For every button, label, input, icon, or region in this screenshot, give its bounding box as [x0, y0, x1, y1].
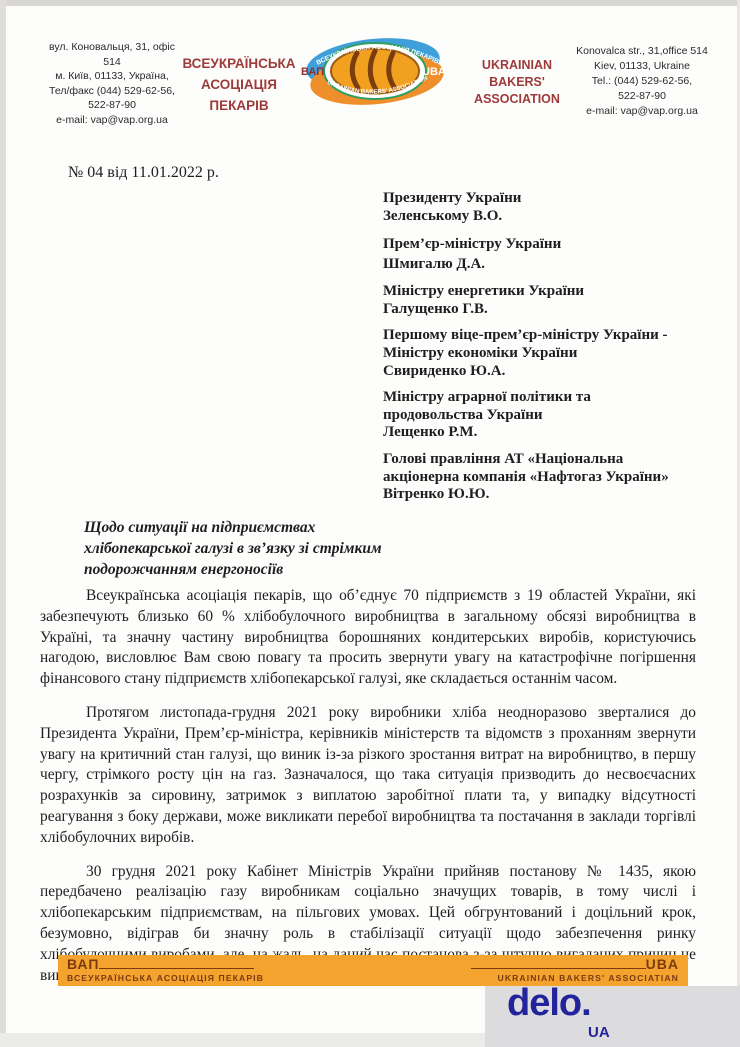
addressee-title: продовольства України [383, 407, 713, 425]
addressee-title: акціонерна компанія «Нафтогаз України» [383, 469, 713, 487]
body-paragraph: Протягом листопада-грудня 2021 року виро… [40, 703, 696, 849]
org-name-line: ВСЕУКРАЇНСЬКА [180, 53, 298, 74]
email-line: e-mail: vap@vap.org.ua [42, 113, 182, 128]
addressee-title: Першому віце-прем’єр-міністру України - [383, 327, 713, 345]
subject-line: Щодо ситуації на підприємствах [84, 517, 484, 538]
contact-block-ukrainian: вул. Коновальця, 31, офіс 514 м. Київ, 0… [42, 40, 182, 127]
org-name-ukrainian: ВСЕУКРАЇНСЬКА АСОЦІАЦІЯ ПЕКАРІВ [180, 53, 298, 116]
letter-body: Всеукраїнська асоціація пекарів, що об’є… [40, 586, 696, 999]
address-line: м. Київ, 01133, Україна, [42, 69, 182, 84]
addressee-title: Прем’єр-міністру України [383, 234, 713, 254]
addressee-agrarian-minister: Міністру аграрної політики та продовольс… [383, 389, 713, 442]
addressee-prime-minister: Прем’єр-міністру України Шмигалю Д.А. [383, 234, 713, 274]
addressee-title: Міністру енергетики України [383, 283, 713, 301]
org-name-line: ASSOCIATION [464, 91, 570, 108]
subject-line: подорожчанням енергоносіїв [84, 559, 484, 580]
addressee-block: Президенту України Зеленському В.О. Прем… [383, 190, 713, 513]
footer-rule-right [471, 968, 646, 969]
subject-line: хлібопекарської галузі в зв’язку зі стрі… [84, 538, 484, 559]
org-name-line: ПЕКАРІВ [180, 95, 298, 116]
phone-line: Tel.: (044) 529-62-56, [574, 74, 710, 89]
addressee-name: Галущенко Г.В. [383, 301, 713, 319]
addressee-name: Лещенко Р.М. [383, 424, 713, 442]
addressee-title: Міністру економіки України [383, 345, 713, 363]
delo-region-text: UA [588, 1024, 610, 1041]
body-paragraph: Всеукраїнська асоціація пекарів, що об’є… [40, 586, 696, 690]
logo-uba-abbr: UBA [422, 66, 446, 78]
logo-vap-abbr: ВАП [301, 66, 324, 78]
letter-ref-number: № 04 від 11.01.2022 р. [68, 164, 219, 182]
org-name-english: UKRAINIAN BAKERS' ASSOCIATION [464, 57, 570, 108]
bakers-association-logo-icon: ВСЕУКРАЇНСЬКА АСОЦІАЦІЯ ПЕКАРІВ UKRAINIA… [300, 32, 450, 110]
addressee-title: Міністру аграрної політики та [383, 389, 713, 407]
addressee-title: Голові правління АТ «Національна [383, 451, 713, 469]
scanned-letter-page: вул. Коновальця, 31, офіс 514 м. Київ, 0… [0, 0, 740, 1047]
address-line: Kiev, 01133, Ukraine [574, 59, 710, 74]
addressee-name: Свириденко Ю.А. [383, 363, 713, 381]
footer-uba-block: UBA UKRAINIAN BAKERS' ASSOCIATIAN [471, 958, 679, 983]
phone-line: Тел/факс (044) 529-62-56, [42, 84, 182, 99]
letter-subject: Щодо ситуації на підприємствах хлібопека… [84, 517, 484, 580]
footer-brand-bar: ВАП ВСЕУКРАЇНСЬКА АСОЦІАЦІЯ ПЕКАРІВ UBA … [58, 955, 688, 986]
footer-vap-abbr: ВАП [67, 958, 99, 971]
address-line: вул. Коновальця, 31, офіс 514 [42, 40, 182, 69]
addressee-name: Зеленському В.О. [383, 208, 713, 226]
addressee-naftogaz-chairman: Голові правління АТ «Національна акціоне… [383, 451, 713, 504]
addressee-title: Президенту України [383, 190, 713, 208]
addressee-president: Президенту України Зеленському В.О. [383, 190, 713, 225]
addressee-name: Вітренко Ю.Ю. [383, 486, 713, 504]
footer-vap-subtitle: ВСЕУКРАЇНСЬКА АСОЦІАЦІЯ ПЕКАРІВ [67, 973, 264, 983]
delo-brand-text: delo. [507, 982, 591, 1025]
addressee-name: Шмигалю Д.А. [383, 254, 713, 274]
address-line: Konovalca str., 31,office 514 [574, 44, 710, 59]
email-line: e-mail: vap@vap.org.ua [574, 104, 710, 119]
phone-line: 522-87-90 [42, 98, 182, 113]
footer-vap-block: ВАП ВСЕУКРАЇНСЬКА АСОЦІАЦІЯ ПЕКАРІВ [67, 958, 264, 983]
org-name-line: BAKERS' [464, 74, 570, 91]
org-name-line: АСОЦІАЦІЯ [180, 74, 298, 95]
addressee-energy-minister: Міністру енергетики України Галущенко Г.… [383, 283, 713, 318]
footer-uba-abbr: UBA [646, 958, 679, 971]
scan-edge-top [0, 0, 740, 6]
addressee-economy-minister: Першому віце-прем’єр-міністру України - … [383, 327, 713, 380]
contact-block-english: Konovalca str., 31,office 514 Kiev, 0113… [574, 44, 710, 119]
scan-edge-left [0, 0, 6, 1047]
phone-line: 522-87-90 [574, 89, 710, 104]
footer-rule-left [99, 968, 254, 969]
delo-ua-watermark: delo. UA [485, 986, 740, 1047]
org-name-line: UKRAINIAN [464, 57, 570, 74]
